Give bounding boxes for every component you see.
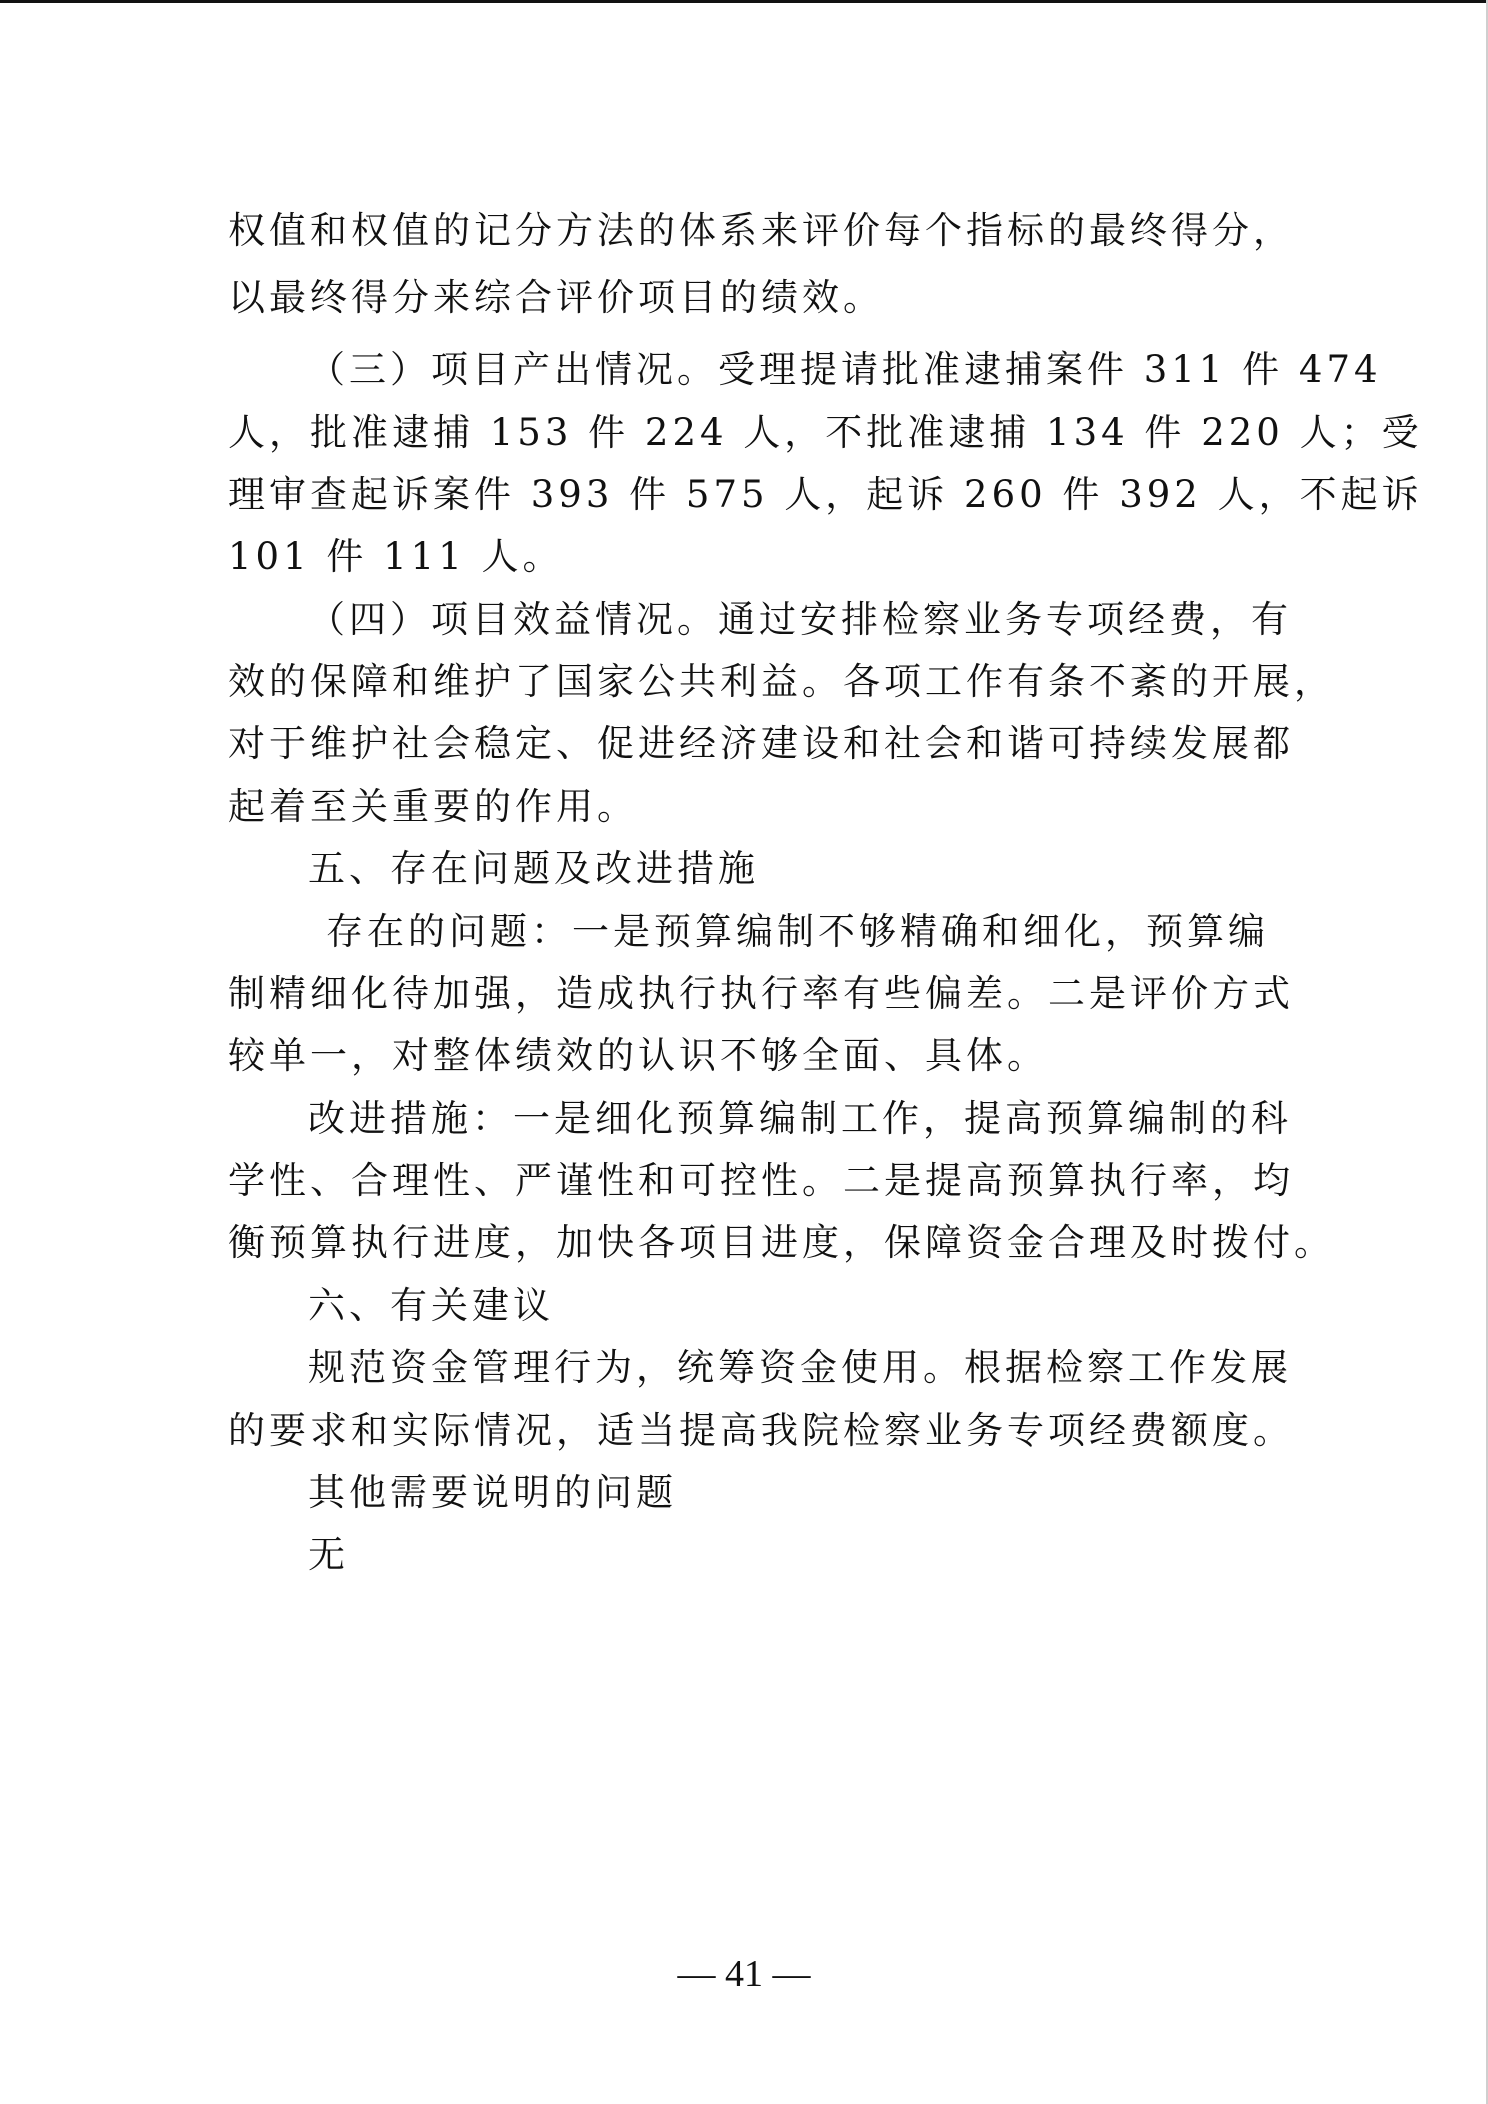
text-line: 存在的问题：一是预算编制不够精确和细化，预算编 (326, 910, 1268, 954)
text-line: 制精细化待加强，造成执行执行率有些偏差。二是评价方式 (228, 972, 1268, 1016)
text-line: 对于维护社会稳定、促进经济建设和社会和谐可持续发展都 (228, 722, 1268, 766)
text-line: 的要求和实际情况，适当提高我院检察业务专项经费额度。 (228, 1409, 1268, 1453)
text-line: 五、存在问题及改进措施 (308, 847, 1268, 891)
text-line: 改进措施：一是细化预算编制工作，提高预算编制的科 (308, 1097, 1268, 1141)
text-line: 无 (308, 1533, 1268, 1577)
text-line: 101 件 111 人。 (228, 535, 1268, 579)
text-line: 衡预算执行进度，加快各项目进度，保障资金合理及时拨付。 (228, 1221, 1268, 1265)
text-line: 以最终得分来综合评价项目的绩效。 (228, 276, 1268, 320)
text-line: （三）项目产出情况。受理提请批准逮捕案件 311 件 474 (308, 348, 1268, 392)
text-line: 起着至关重要的作用。 (228, 785, 1268, 829)
page-number: — 41 — (0, 1952, 1488, 1996)
text-line: 权值和权值的记分方法的体系来评价每个指标的最终得分， (228, 209, 1268, 253)
text-line: 理审查起诉案件 393 件 575 人，起诉 260 件 392 人，不起诉 (228, 473, 1268, 517)
text-line: 学性、合理性、严谨性和可控性。二是提高预算执行率，均 (228, 1159, 1268, 1203)
page-top-border (0, 0, 1488, 3)
text-line: （四）项目效益情况。通过安排检察业务专项经费，有 (308, 598, 1268, 642)
text-line: 效的保障和维护了国家公共利益。各项工作有条不紊的开展， (228, 660, 1268, 704)
text-line: 较单一，对整体绩效的认识不够全面、具体。 (228, 1034, 1268, 1078)
text-line: 六、有关建议 (308, 1284, 1268, 1328)
text-line: 人，批准逮捕 153 件 224 人，不批准逮捕 134 件 220 人；受 (228, 411, 1268, 455)
text-line: 其他需要说明的问题 (308, 1471, 1268, 1515)
text-line: 规范资金管理行为，统筹资金使用。根据检察工作发展 (308, 1346, 1268, 1390)
